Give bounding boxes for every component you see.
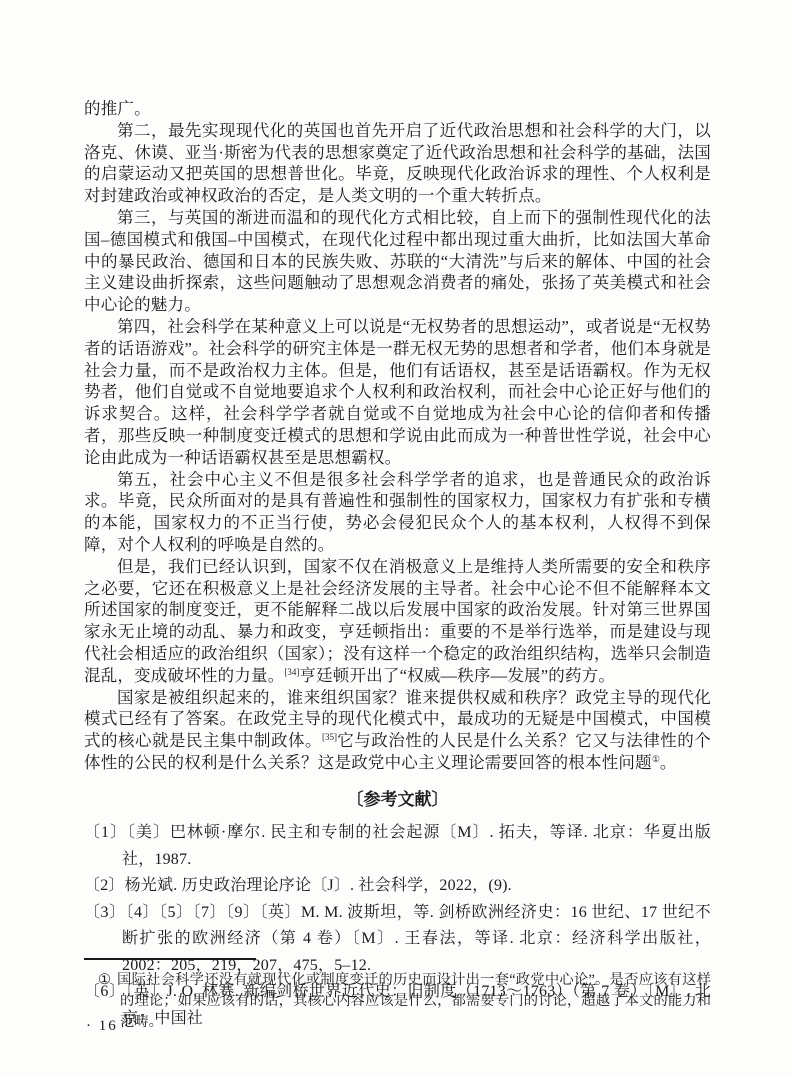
- footnote-body: 国际社会科学还没有就现代化或制度变迁的历史而设计出一套“政党中心论”。是否应该有…: [117, 972, 711, 1030]
- footnote-area: ①国际社会科学还没有就现代化或制度变迁的历史而设计出一套“政党中心论”。是否应该…: [84, 958, 711, 1033]
- paragraph: 但是，我们已经认识到，国家不仅在消极意义上是维持人类所需要的安全和秩序之必要，它…: [84, 556, 711, 687]
- references-header: 〔参考文献〕: [84, 788, 711, 812]
- paragraph: 的推广。: [84, 98, 711, 120]
- citation-superscript: [35]: [322, 732, 337, 742]
- citation-superscript: [34]: [284, 667, 299, 677]
- paragraph: 国家是被组织起来的，谁来组织国家？谁来提供权威和秩序？政党主导的现代化模式已经有…: [84, 687, 711, 774]
- page-number: · 16 ·: [86, 1018, 131, 1035]
- paper-page: 的推广。第二，最先实现现代化的英国也首先开启了近代政治思想和社会科学的大门，以洛…: [0, 0, 793, 1077]
- citation-superscript: ①: [652, 754, 660, 764]
- paragraph: 第二，最先实现现代化的英国也首先开启了近代政治思想和社会科学的大门，以洛克、休谟…: [84, 120, 711, 207]
- footnote-separator-rule: [84, 958, 256, 960]
- reference-item: 〔2〕杨光斌. 历史政治理论序论〔J〕. 社会科学，2022，(9).: [84, 873, 711, 900]
- paragraph: 第四，社会科学在某种意义上可以说是“无权势者的思想运动”，或者说是“无权势者的话…: [84, 316, 711, 469]
- footnote-text: ①国际社会科学还没有就现代化或制度变迁的历史而设计出一套“政党中心论”。是否应该…: [98, 970, 711, 1033]
- paragraph: 第三，与英国的渐进而温和的现代化方式相比较，自上而下的强制性现代化的法国–德国模…: [84, 207, 711, 316]
- footnote-marker: ①: [98, 972, 111, 988]
- reference-item: 〔1〕〔美〕巴林顿·摩尔. 民主和专制的社会起源〔M〕. 拓夫，等译. 北京：华…: [84, 820, 711, 873]
- body-paragraphs: 的推广。第二，最先实现现代化的英国也首先开启了近代政治思想和社会科学的大门，以洛…: [84, 98, 711, 774]
- paragraph: 第五，社会中心主义不但是很多社会科学学者的追求，也是普通民众的政治诉求。毕竟，民…: [84, 469, 711, 556]
